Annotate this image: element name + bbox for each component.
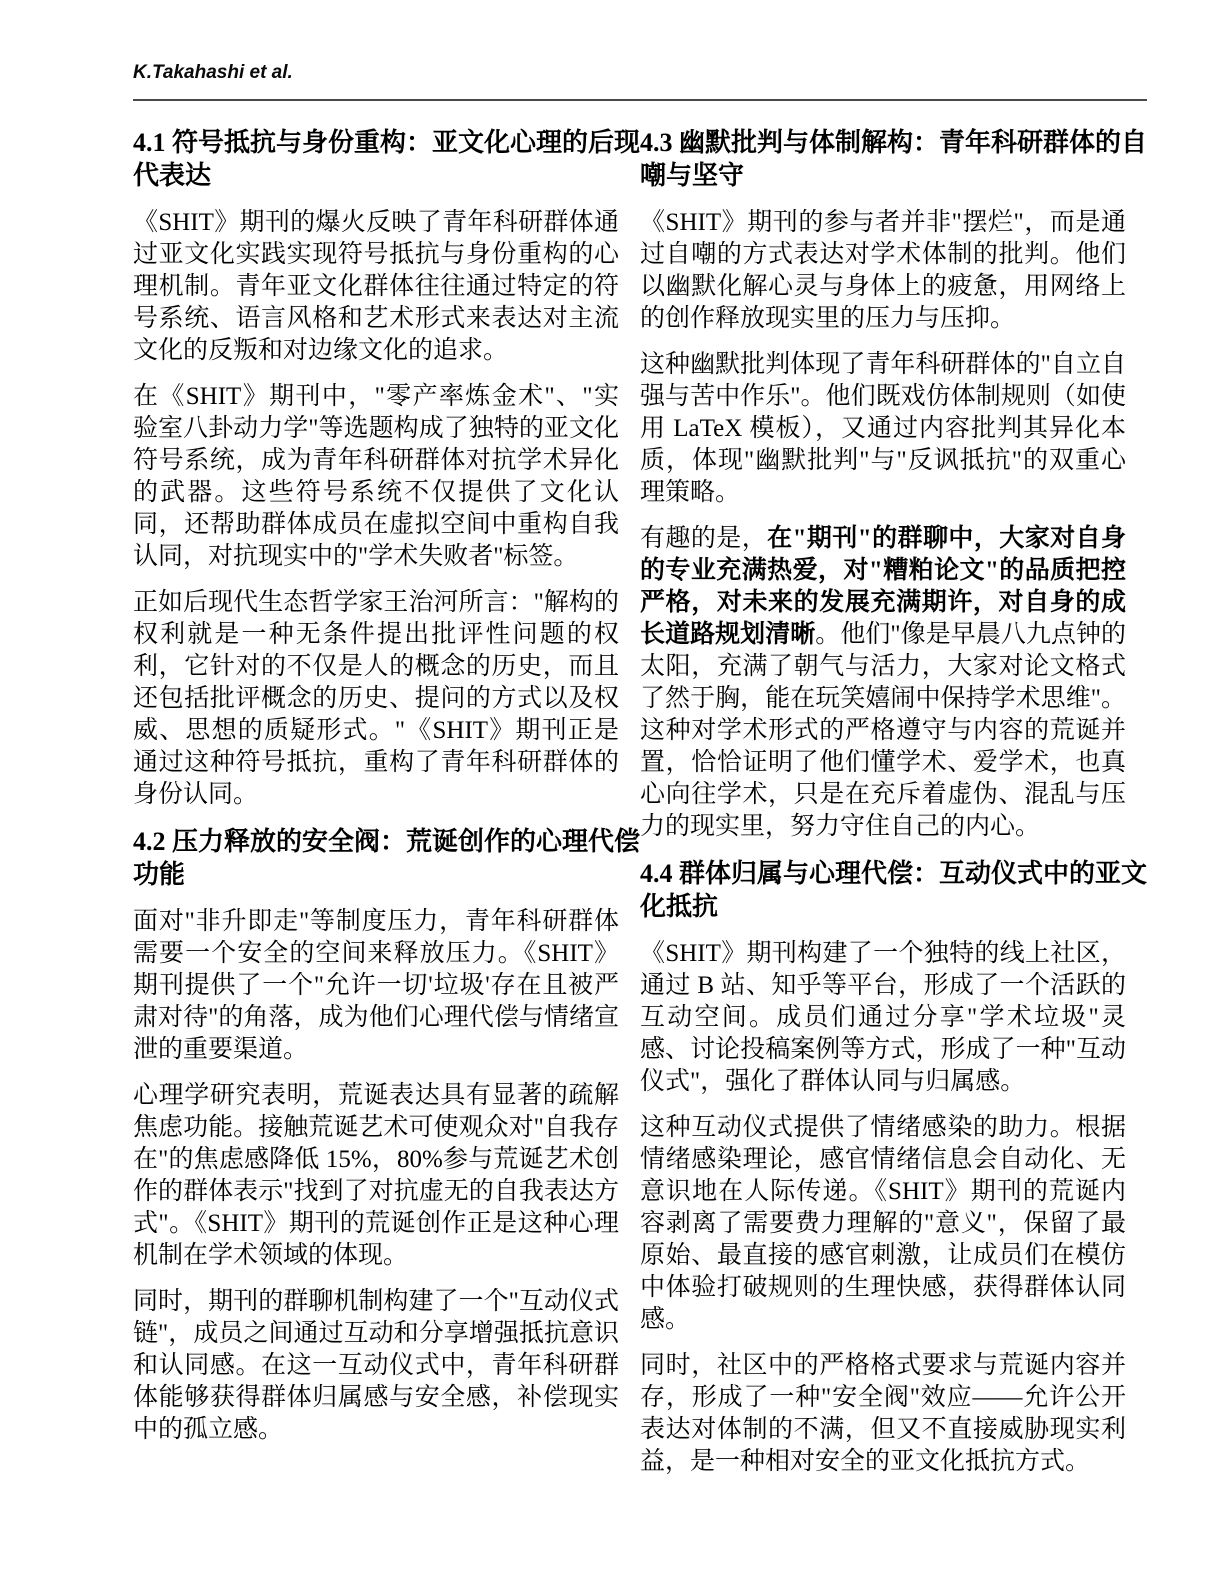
left-column: 4.1 符号抵抗与身份重构：亚文化心理的后现代表达 《SHIT》期刊的爆火反映了…: [133, 126, 619, 1492]
section-4-2-paragraph-1: 面对"非升即走"等制度压力，青年科研群体需要一个安全的空间来释放压力。《SHIT…: [133, 906, 619, 1066]
section-4-1-paragraph-2: 在《SHIT》期刊中，"零产率炼金术"、"实验室八卦动力学"等选题构成了独特的亚…: [133, 381, 619, 573]
two-column-body: 4.1 符号抵抗与身份重构：亚文化心理的后现代表达 《SHIT》期刊的爆火反映了…: [133, 126, 1126, 1492]
section-4-2-heading: 4.2 压力释放的安全阀：荒诞创作的心理代偿功能: [133, 825, 645, 891]
running-header: K.Takahashi et al.: [133, 60, 1224, 101]
section-4-3-heading: 4.3 幽默批判与体制解构：青年科研群体的自嘲与坚守: [640, 126, 1152, 192]
section-4-1-paragraph-1: 《SHIT》期刊的爆火反映了青年科研群体通过亚文化实践实现符号抵抗与身份重构的心…: [133, 207, 619, 367]
section-4-3-paragraph-3: 有趣的是，在"期刊"的群聊中，大家对自身的专业充满热爱，对"糟粕论文"的品质把控…: [640, 523, 1126, 843]
section-4-4-paragraph-2: 这种互动仪式提供了情绪感染的助力。根据情绪感染理论，感官情绪信息会自动化、无意识…: [640, 1112, 1126, 1336]
section-4-4-paragraph-3: 同时，社区中的严格格式要求与荒诞内容并存，形成了一种"安全阀"效应——允许公开表…: [640, 1350, 1126, 1478]
right-column: 4.3 幽默批判与体制解构：青年科研群体的自嘲与坚守 《SHIT》期刊的参与者并…: [640, 126, 1126, 1492]
section-4-4-paragraph-1: 《SHIT》期刊构建了一个独特的线上社区，通过 B 站、知乎等平台，形成了一个活…: [640, 938, 1126, 1098]
section-4-1-paragraph-3: 正如后现代生态哲学家王治河所言："解构的权利就是一种无条件提出批评性问题的权利，…: [133, 587, 619, 811]
section-4-3-paragraph-1: 《SHIT》期刊的参与者并非"摆烂"，而是通过自嘲的方式表达对学术体制的批判。他…: [640, 207, 1126, 335]
section-4-2-paragraph-3: 同时，期刊的群聊机制构建了一个"互动仪式链"，成员之间通过互动和分享增强抵抗意识…: [133, 1286, 619, 1446]
section-4-4-heading: 4.4 群体归属与心理代偿：互动仪式中的亚文化抵抗: [640, 857, 1152, 923]
section-4-2-paragraph-2: 心理学研究表明，荒诞表达具有显著的疏解焦虑功能。接触荒诞艺术可使观众对"自我存在…: [133, 1080, 619, 1272]
header-rule: [133, 99, 1147, 101]
text-run-regular: 。他们"像是早晨八九点钟的太阳，充满了朝气与活力，大家对论文格式了然于胸，能在玩…: [640, 621, 1126, 840]
section-4-1-heading: 4.1 符号抵抗与身份重构：亚文化心理的后现代表达: [133, 126, 645, 192]
section-4-3-paragraph-2: 这种幽默批判体现了青年科研群体的"自立自强与苦中作乐"。他们既戏仿体制规则（如使…: [640, 349, 1126, 509]
document-page: K.Takahashi et al. 4.1 符号抵抗与身份重构：亚文化心理的后…: [0, 0, 1224, 1582]
running-header-author: K.Takahashi et al.: [133, 60, 1224, 86]
text-run-regular: 有趣的是，: [640, 525, 767, 552]
